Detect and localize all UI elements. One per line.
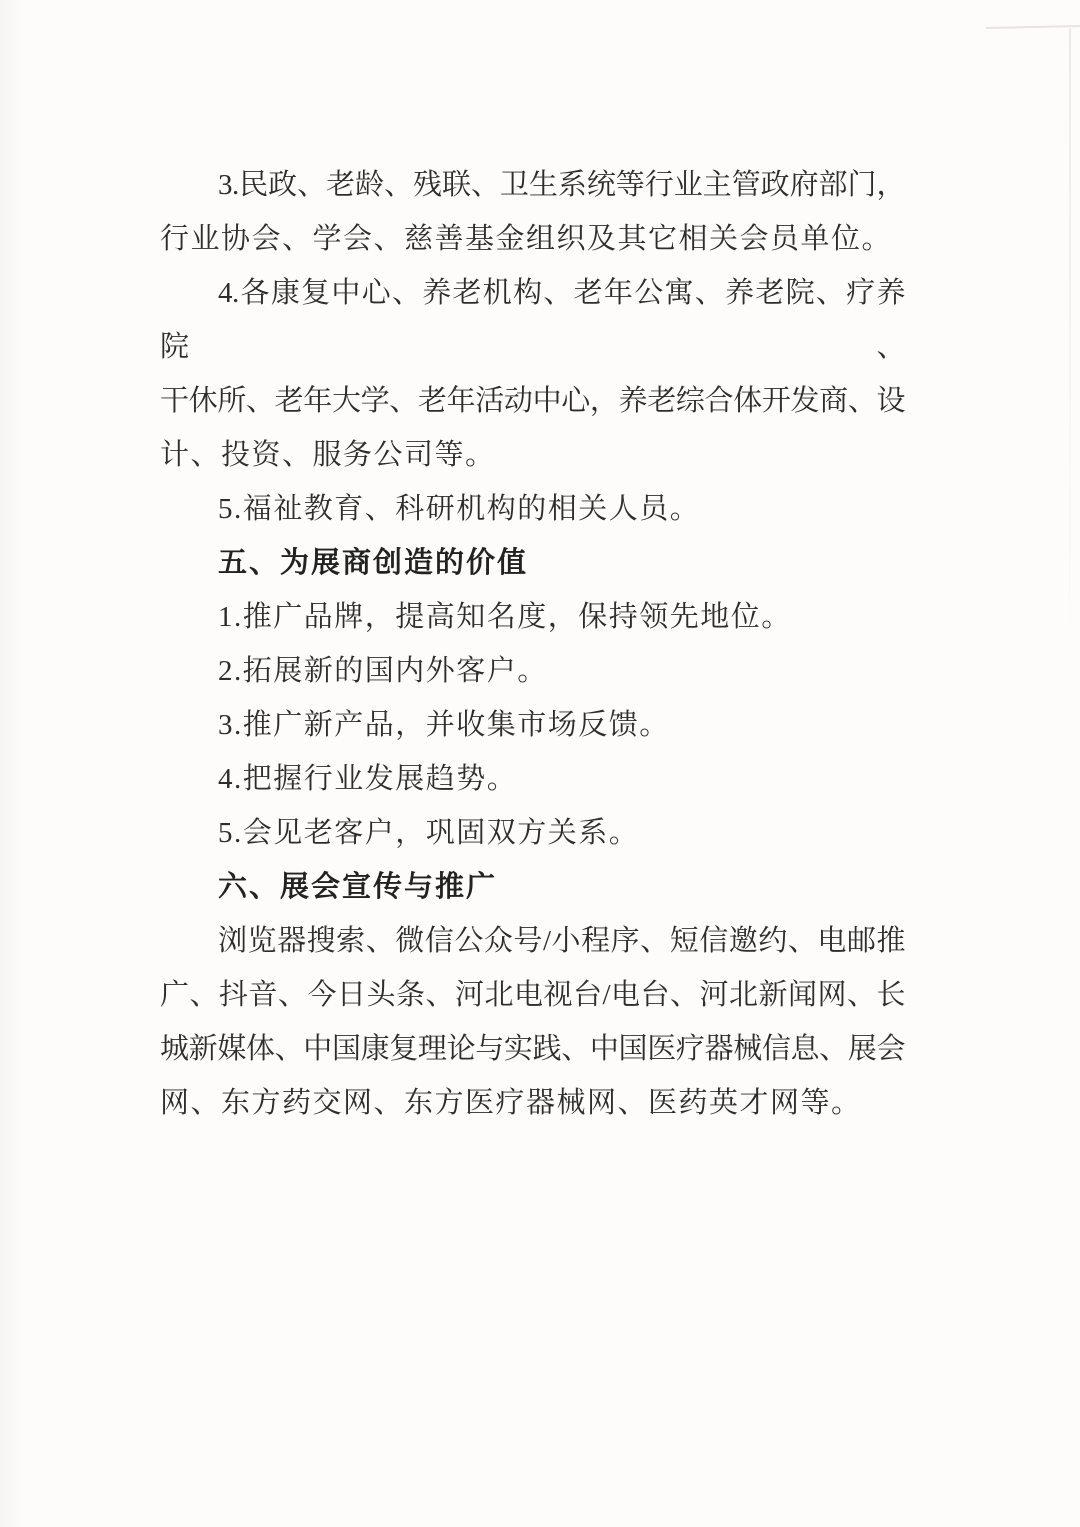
section-heading-6-promotion: 六、展会宣传与推广 <box>160 860 905 914</box>
text-line-audience-item-5: 5.福祉教育、科研机构的相关人员。 <box>160 482 905 536</box>
text-line-audience-item-3: 3.民政、老龄、残联、卫生系统等行业主管政府部门， <box>160 158 905 212</box>
text-line-value-item-2: 2.拓展新的国内外客户。 <box>160 644 905 698</box>
text-line-value-item-3: 3.推广新产品，并收集市场反馈。 <box>160 698 905 752</box>
page-edge-line-right <box>1069 28 1071 648</box>
text-line-promotion-2: 广、抖音、今日头条、河北电视台/电台、河北新闻网、长 <box>160 968 905 1022</box>
document-page: 3.民政、老龄、残联、卫生系统等行业主管政府部门， 行业协会、学会、慈善基金组织… <box>0 0 1080 1527</box>
page-edge-line-top <box>986 25 1080 29</box>
text-line-value-item-5: 5.会见老客户，巩固双方关系。 <box>160 806 905 860</box>
text-line-audience-item-3-cont: 行业协会、学会、慈善基金组织及其它相关会员单位。 <box>160 212 905 266</box>
text-line-promotion-3: 城新媒体、中国康复理论与实践、中国医疗器械信息、展会 <box>160 1022 905 1076</box>
text-line-promotion-4: 网、东方药交网、东方医疗器械网、医药英才网等。 <box>160 1076 905 1130</box>
text-line-value-item-4: 4.把握行业发展趋势。 <box>160 752 905 806</box>
text-line-value-item-1: 1.推广品牌，提高知名度，保持领先地位。 <box>160 590 905 644</box>
text-line-promotion-1: 浏览器搜索、微信公众号/小程序、短信邀约、电邮推 <box>160 914 905 968</box>
section-heading-5-exhibitor-value: 五、为展商创造的价值 <box>160 536 905 590</box>
scan-edge-shade <box>0 0 26 1527</box>
text-line-audience-item-4: 4.各康复中心、养老机构、老年公寓、养老院、疗养院、 <box>160 266 905 374</box>
text-line-audience-item-4-cont: 干休所、老年大学、老年活动中心，养老综合体开发商、设 <box>160 374 905 428</box>
document-content: 3.民政、老龄、残联、卫生系统等行业主管政府部门， 行业协会、学会、慈善基金组织… <box>160 158 905 1130</box>
text-line-audience-item-4-end: 计、投资、服务公司等。 <box>160 428 905 482</box>
